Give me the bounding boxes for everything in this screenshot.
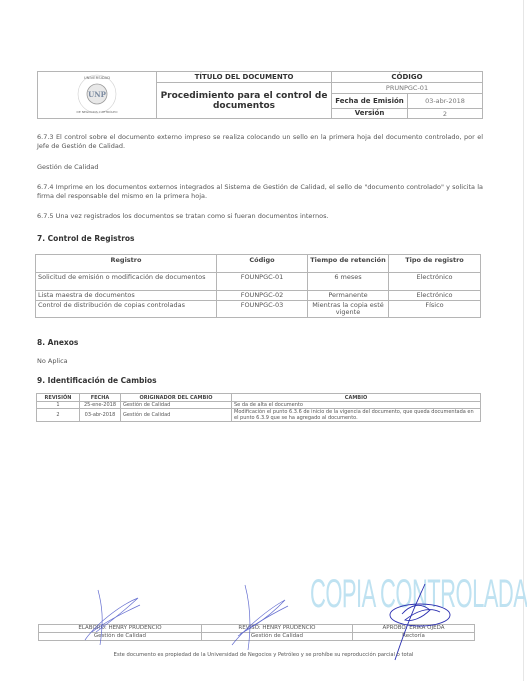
footer-note: Este documento es propiedad de la Univer… <box>0 652 527 658</box>
signature-ink-icon <box>0 0 527 681</box>
